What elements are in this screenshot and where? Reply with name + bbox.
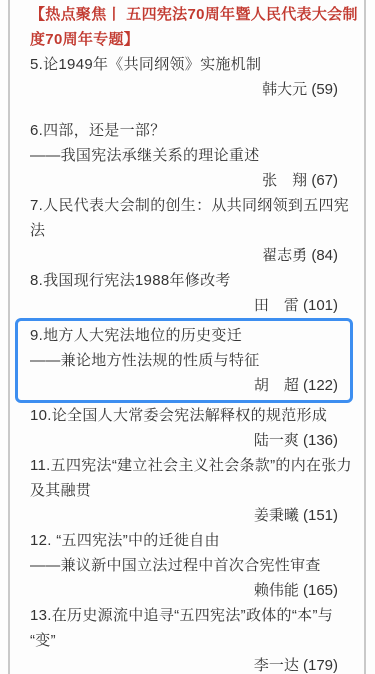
entry-title: 11.五四宪法“建立社会主义社会条款”的内在张力及其融贯	[30, 453, 345, 503]
entry-line: ——我国宪法承继关系的理论重述	[30, 143, 345, 168]
entry-line: 法	[30, 218, 345, 243]
entry-line: “变”	[30, 628, 345, 653]
entry-author: 陆一爽 (136)	[30, 428, 345, 453]
section-header-line: 【热点聚焦丨 五四宪法70周年暨人民代表大会制	[30, 2, 345, 27]
toc-list: 5.论1949年《共同纲领》实施机制 韩大元 (59) 6.四部，还是一部？——…	[30, 52, 345, 674]
entry-author: 张 翔 (67)	[30, 168, 345, 193]
section-header-line: 度70周年专题】	[30, 27, 345, 52]
entry-author: 翟志勇 (84)	[30, 243, 345, 268]
entry-line: 6.四部，还是一部？	[30, 118, 345, 143]
toc-entry: 11.五四宪法“建立社会主义社会条款”的内在张力及其融贯 姜秉曦 (151)	[30, 453, 345, 528]
entry-line: ——兼议新中国立法过程中首次合宪性审查	[30, 553, 345, 578]
entry-title: 5.论1949年《共同纲领》实施机制	[30, 52, 345, 77]
entry-line: 9.地方人大宪法地位的历史变迁	[30, 323, 345, 348]
right-page-rule	[364, 0, 366, 674]
section-header: 【热点聚焦丨 五四宪法70周年暨人民代表大会制 度70周年专题】	[30, 2, 345, 52]
toc-entry: 13.在历史源流中追寻“五四宪法”政体的“本”与“变” 李一达 (179)	[30, 603, 345, 674]
toc-entry: 7.人民代表大会制的创生：从共同纲领到五四宪法 翟志勇 (84)	[30, 193, 345, 268]
entry-author: 姜秉曦 (151)	[30, 503, 345, 528]
entry-line: 5.论1949年《共同纲领》实施机制	[30, 52, 345, 77]
entry-line: ——兼论地方性法规的性质与特征	[30, 348, 345, 373]
entry-line: 13.在历史源流中追寻“五四宪法”政体的“本”与	[30, 603, 345, 628]
toc-page: 【热点聚焦丨 五四宪法70周年暨人民代表大会制 度70周年专题】 5.论1949…	[30, 2, 345, 674]
entry-line: 12. “五四宪法”中的迁徙自由	[30, 528, 345, 553]
entry-title: 8.我国现行宪法1988年修改考	[30, 268, 345, 293]
entry-author: 韩大元 (59)	[30, 77, 345, 102]
entry-author: 赖伟能 (165)	[30, 578, 345, 603]
entry-author: 胡 超 (122)	[30, 373, 345, 398]
toc-entry: 12. “五四宪法”中的迁徙自由——兼议新中国立法过程中首次合宪性审查 赖伟能 …	[30, 528, 345, 603]
entry-author: 田 雷 (101)	[30, 293, 345, 318]
entry-title: 12. “五四宪法”中的迁徙自由——兼议新中国立法过程中首次合宪性审查	[30, 528, 345, 578]
entry-line: 8.我国现行宪法1988年修改考	[30, 268, 345, 293]
entry-title: 13.在历史源流中追寻“五四宪法”政体的“本”与“变”	[30, 603, 345, 653]
entry-line: 11.五四宪法“建立社会主义社会条款”的内在张力	[30, 453, 345, 478]
entry-title: 10.论全国人大常委会宪法解释权的规范形成	[30, 403, 345, 428]
entry-line: 7.人民代表大会制的创生：从共同纲领到五四宪	[30, 193, 345, 218]
entry-title: 9.地方人大宪法地位的历史变迁——兼论地方性法规的性质与特征	[30, 323, 345, 373]
toc-entry: 10.论全国人大常委会宪法解释权的规范形成 陆一爽 (136)	[30, 403, 345, 453]
toc-entry: 6.四部，还是一部？——我国宪法承继关系的理论重述 张 翔 (67)	[30, 118, 345, 193]
toc-entry: 9.地方人大宪法地位的历史变迁——兼论地方性法规的性质与特征 胡 超 (122)	[15, 318, 353, 403]
entry-title: 7.人民代表大会制的创生：从共同纲领到五四宪法	[30, 193, 345, 243]
toc-entry: 8.我国现行宪法1988年修改考 田 雷 (101)	[30, 268, 345, 318]
entry-title: 6.四部，还是一部？——我国宪法承继关系的理论重述	[30, 118, 345, 168]
left-page-rule	[8, 0, 10, 674]
entry-author: 李一达 (179)	[30, 653, 345, 674]
toc-entry: 5.论1949年《共同纲领》实施机制 韩大元 (59)	[30, 52, 345, 102]
entry-line: 及其融贯	[30, 478, 345, 503]
entry-line: 10.论全国人大常委会宪法解释权的规范形成	[30, 403, 345, 428]
